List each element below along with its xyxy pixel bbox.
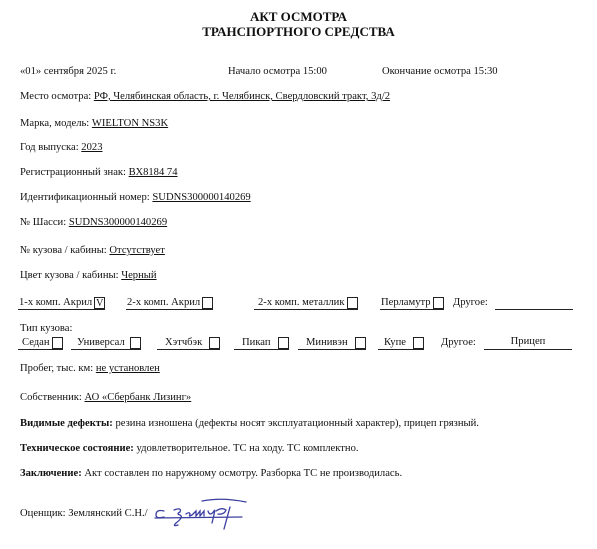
inspection-start: Начало осмотра 15:00 — [228, 66, 327, 77]
field-label: Место осмотра: — [20, 91, 94, 102]
technical-state: Техническое состояние: удовлетворительно… — [20, 443, 359, 454]
appraiser: Оценщик: Землянский С.Н./ — [20, 508, 148, 519]
field-body-number: № кузова / кабины: Отсутствует — [20, 245, 165, 256]
document-title-line1: АКТ ОСМОТРА — [0, 9, 597, 24]
field-value: SUDNS300000140269 — [69, 217, 167, 228]
body-type-label: Тип кузова: — [20, 323, 72, 334]
option-label: Хэтчбэк — [157, 336, 208, 349]
paint-option-2k-metallic[interactable]: 2-х комп. металлик — [254, 295, 358, 310]
checkbox[interactable] — [130, 337, 141, 349]
field-value: Черный — [121, 270, 156, 281]
field-value: WIELTON NS3K — [92, 118, 168, 129]
act-date: «01» сентября 2025 г. — [20, 66, 116, 77]
visible-defects: Видимые дефекты: резина изношена (дефект… — [20, 418, 479, 429]
mileage-value: не установлен — [96, 363, 160, 374]
field-label: Идентификационный номер: — [20, 192, 152, 203]
option-label: Купе — [378, 336, 412, 349]
owner: Собственник: АО «Сбербанк Лизинг» — [20, 392, 191, 403]
field-value: РФ, Челябинская область, г. Челябинск, С… — [94, 91, 390, 102]
field-reg-plate: Регистрационный знак: ВХ8184 74 — [20, 167, 178, 178]
checkbox[interactable] — [278, 337, 289, 349]
field-value: SUDNS300000140269 — [152, 192, 250, 203]
body-other-label: Другое: — [441, 337, 476, 348]
field-value: 2023 — [81, 142, 102, 153]
field-label: № Шасси: — [20, 217, 69, 228]
checkbox[interactable] — [347, 297, 358, 309]
field-make-model: Марка, модель: WIELTON NS3K — [20, 118, 168, 129]
body-other-field[interactable]: Прицеп — [484, 335, 572, 350]
field-location: Место осмотра: РФ, Челябинская область, … — [20, 91, 390, 102]
field-label: Марка, модель: — [20, 118, 92, 129]
mileage-label: Пробег, тыс. км: — [20, 363, 96, 374]
paint-option-pearl[interactable]: Перламутр — [380, 295, 444, 310]
mileage: Пробег, тыс. км: не установлен — [20, 363, 160, 374]
checkbox[interactable] — [413, 337, 424, 349]
signature-icon — [150, 497, 250, 533]
conclusion-value: Акт составлен по наружному осмотру. Разб… — [82, 468, 402, 479]
option-label: 2-х комп. Акрил — [126, 296, 201, 309]
body-option-coupe[interactable]: Купе — [378, 335, 424, 350]
defects-value: резина изношена (дефекты носят эксплуата… — [113, 418, 479, 429]
document-title-line2: ТРАНСПОРТНОГО СРЕДСТВА — [0, 24, 597, 39]
checkbox[interactable] — [52, 337, 63, 349]
field-value: Отсутствует — [109, 245, 165, 256]
field-label: Год выпуска: — [20, 142, 81, 153]
conclusion-label: Заключение: — [20, 468, 82, 479]
field-label: Цвет кузова / кабины: — [20, 270, 121, 281]
checkbox[interactable] — [433, 297, 444, 309]
tech-state-value: удовлетворительное. ТС на ходу. ТС компл… — [134, 443, 359, 454]
checkbox[interactable] — [355, 337, 366, 349]
paint-option-1k-acrylic[interactable]: 1-х комп. АкрилV — [18, 295, 105, 310]
checkbox[interactable] — [209, 337, 220, 349]
field-chassis: № Шасси: SUDNS300000140269 — [20, 217, 167, 228]
paint-other-label: Другое: — [453, 297, 488, 308]
owner-value: АО «Сбербанк Лизинг» — [84, 392, 191, 403]
tech-state-label: Техническое состояние: — [20, 443, 134, 454]
option-label: Пикап — [234, 336, 277, 349]
option-label: Перламутр — [380, 296, 432, 309]
field-year: Год выпуска: 2023 — [20, 142, 102, 153]
body-option-hatchback[interactable]: Хэтчбэк — [157, 335, 220, 350]
option-label: Седан — [18, 336, 51, 349]
field-value: ВХ8184 74 — [129, 167, 178, 178]
owner-label: Собственник: — [20, 392, 84, 403]
conclusion: Заключение: Акт составлен по наружному о… — [20, 468, 402, 479]
paint-other-field[interactable] — [495, 295, 573, 310]
checkbox-checked[interactable]: V — [94, 297, 105, 309]
option-label: Универсал — [71, 336, 129, 349]
body-option-sedan[interactable]: Седан — [18, 335, 63, 350]
inspection-end: Окончание осмотра 15:30 — [382, 66, 498, 77]
checkbox[interactable] — [202, 297, 213, 309]
field-label: Регистрационный знак: — [20, 167, 129, 178]
defects-label: Видимые дефекты: — [20, 418, 113, 429]
field-vin: Идентификационный номер: SUDNS3000001402… — [20, 192, 251, 203]
paint-option-2k-acrylic[interactable]: 2-х комп. Акрил — [126, 295, 213, 310]
body-option-minivan[interactable]: Минивэн — [298, 335, 366, 350]
option-label: 1-х комп. Акрил — [18, 296, 93, 309]
body-option-pickup[interactable]: Пикап — [234, 335, 289, 350]
option-label: 2-х комп. металлик — [254, 296, 346, 309]
field-color: Цвет кузова / кабины: Черный — [20, 270, 157, 281]
field-label: № кузова / кабины: — [20, 245, 109, 256]
option-label: Минивэн — [298, 336, 354, 349]
body-option-wagon[interactable]: Универсал — [71, 335, 141, 350]
